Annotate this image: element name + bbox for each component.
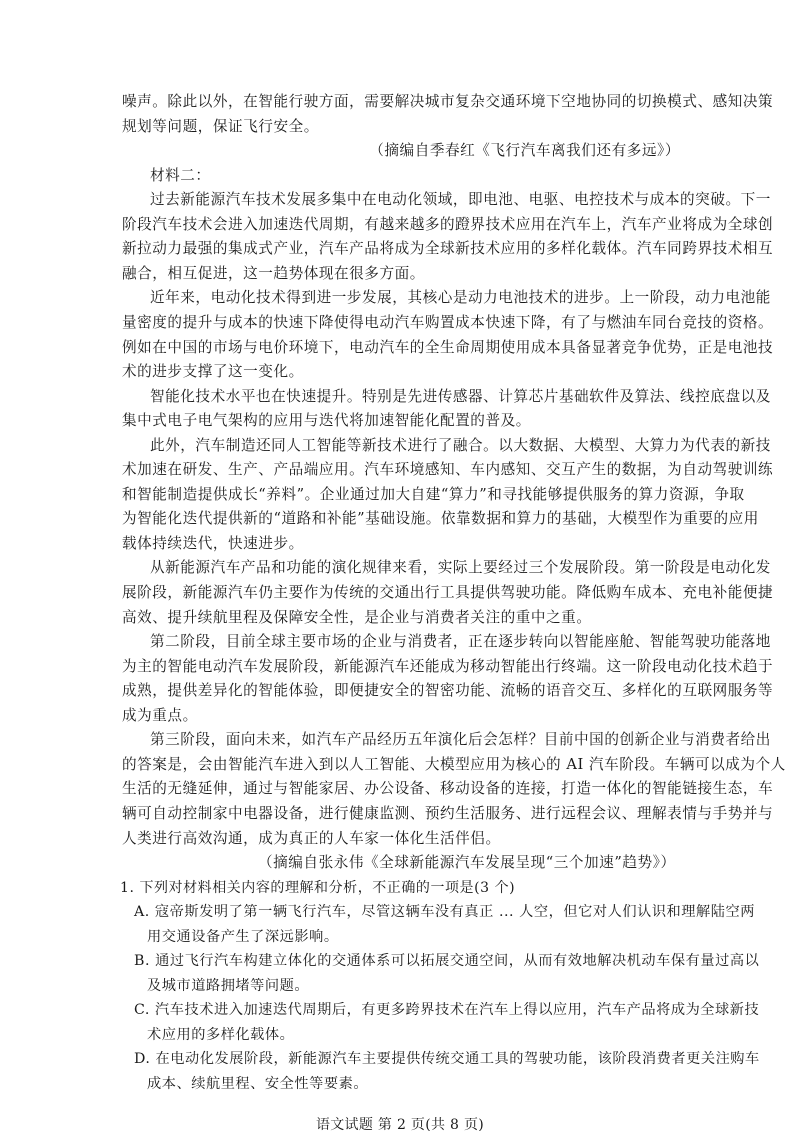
option-D: D. 在电动化发展阶段，新能源汽车主要提供传统交通工具的驾驶功能，该阶段消费者更… [134,1050,680,1068]
paragraph-line: 过去新能源汽车技术发展多集中在电动化领域，即电池、电驱、电控技术与成本的突破。下… [150,191,680,209]
paragraph-line: 阶段汽车技术会进入加速迭代周期，有越来越多的蹬界技术应用在汽车上，汽车产业将成为… [122,216,680,234]
paragraph-line: 生活的无缝延伸，通过与智能家居、办公设备、移动设备的连接，打造一体化的智能链接生… [122,780,680,798]
paragraph-line: 人类进行高效沟通，成为真正的人车家一体化生活伴侣。 [122,830,501,848]
paragraph-line: 辆可自动控制家中电器设备，进行健康监测、预约生活服务、进行远程会议、理解表情与手… [122,805,680,823]
paragraph-line: 量密度的提升与成本的快速下降使得电动汽车购置成本快速下降，有了与燃油车同台竞技的… [122,314,680,332]
paragraph-line: 为主的智能电动汽车发展阶段，新能源汽车还能成为移动智能出行终端。这一阶段电动化技… [122,658,680,676]
option-C-continued: 术应用的多样化载体。 [147,1026,294,1044]
paragraph-line: 第二阶段，目前全球主要市场的企业与消费者，正在逐步转向以智能座舱、智能驾驶功能落… [150,633,680,651]
paragraph-line: 和智能制造提供成长“养料”。企业通过加大自建“算力”和寻找能够提供服务的算力资源… [122,486,680,504]
paragraph-line: 近年来，电动化技术得到进一步发展，其核心是动力电池技术的进步。上一阶段，动力电池… [150,289,680,307]
paragraph-line: 集中式电子电气架构的应用与迭代将加速智能化配置的普及。 [122,412,531,430]
paragraph-line: 成熟，提供差异化的智能体验，即便捷安全的智密功能、流畅的语音交互、多样化的互联网… [122,682,680,700]
material-heading: 材料二： [150,167,211,185]
source-citation: （摘编自季春红《飞行汽车离我们还有多远》） [369,142,680,160]
exam-page: 噪声。除此以外，在智能行驶方面，需要解决城市复杂交通环境下空地协同的切换模式、感… [0,0,800,1131]
paragraph-line: 例如在中国的市场与电价环境下，电动汽车的全生命周期使用成本具备显著竞争优势，正是… [122,339,680,357]
paragraph-line: 术加速在研发、生产、产品端应用。汽车环境感知、车内感知、交互产生的数据，为自动驾… [122,461,680,479]
option-A: A. 寇帝斯发明了第一辆飞行汽车，尽管这辆车没有真正 ... 人空，但它对人们认… [134,903,680,921]
option-A-continued: 用交通设备产生了深远影响。 [147,928,339,946]
option-B: B. 通过飞行汽车构建立体化的交通体系可以拓展交通空间，从而有效地解决机动车保有… [134,952,680,970]
paragraph-line: 第三阶段，面向未来，如汽车产品经历五年演化后会怎样？目前中国的创新企业与消费者给… [150,731,680,749]
question-stem: 1. 下列对材料相关内容的理解和分析，不正确的一项是(3 个) [120,879,515,897]
paragraph-line: 此外，汽车制造还同人工智能等新技术进行了融合。以大数据、大模型、大算力为代表的新… [150,437,680,455]
paragraph-line: 的答案是，会由智能汽车进入到以人工智能、大模型应用为核心的 AI 汽车阶段。车辆… [122,756,680,774]
option-C: C. 汽车技术进入加速迭代周期后，有更多跨界技术在汽车上得以应用，汽车产品将成为… [134,1001,680,1019]
source-citation: （摘编自张永伟《全球新能源汽车发展呈现“三个加速”趋势》） [258,854,676,872]
paragraph-line: 噪声。除此以外，在智能行驶方面，需要解决城市复杂交通环境下空地协同的切换模式、感… [122,93,680,111]
paragraph-line: 展阶段，新能源汽车仍主要作为传统的交通出行工具提供驾驶功能。降低购车成本、充电补… [122,584,680,602]
paragraph-line: 术的进步支撑了这一变化。 [122,363,304,381]
paragraph-line: 规划等问题，保证飞行安全。 [122,118,319,136]
paragraph-line: 融合，相互促进，这一趋势体现在很多方面。 [122,265,425,283]
paragraph-line: 新拉动力最强的集成式产业，汽车产品将成为全球新技术应用的多样化载体。汽车同跨界技… [122,240,680,258]
paragraph-line: 智能化技术水平也在快速提升。特别是先进传感器、计算芯片基础软件及算法、线控底盘以… [150,388,680,406]
paragraph-line: 载体持续迭代，快速进步。 [122,535,304,553]
paragraph-line: 成为重点。 [122,707,198,725]
option-D-continued: 成本、续航里程、安全性等要素。 [147,1075,368,1093]
paragraph-line: 为智能化迭代提供新的“道路和补能”基础设施。依靠数据和算力的基础，大模型作为重要… [122,510,680,528]
option-B-continued: 及城市道路拥堵等问题。 [147,977,309,995]
page-footer: 语文试题 第 2 页(共 8 页) [0,1116,800,1131]
paragraph-line: 从新能源汽车产品和功能的演化规律来看，实际上要经过三个发展阶段。第一阶段是电动化… [150,559,680,577]
paragraph-line: 高效、提升续航里程及保障安全性，是企业与消费者关注的重中之重。 [122,609,591,627]
